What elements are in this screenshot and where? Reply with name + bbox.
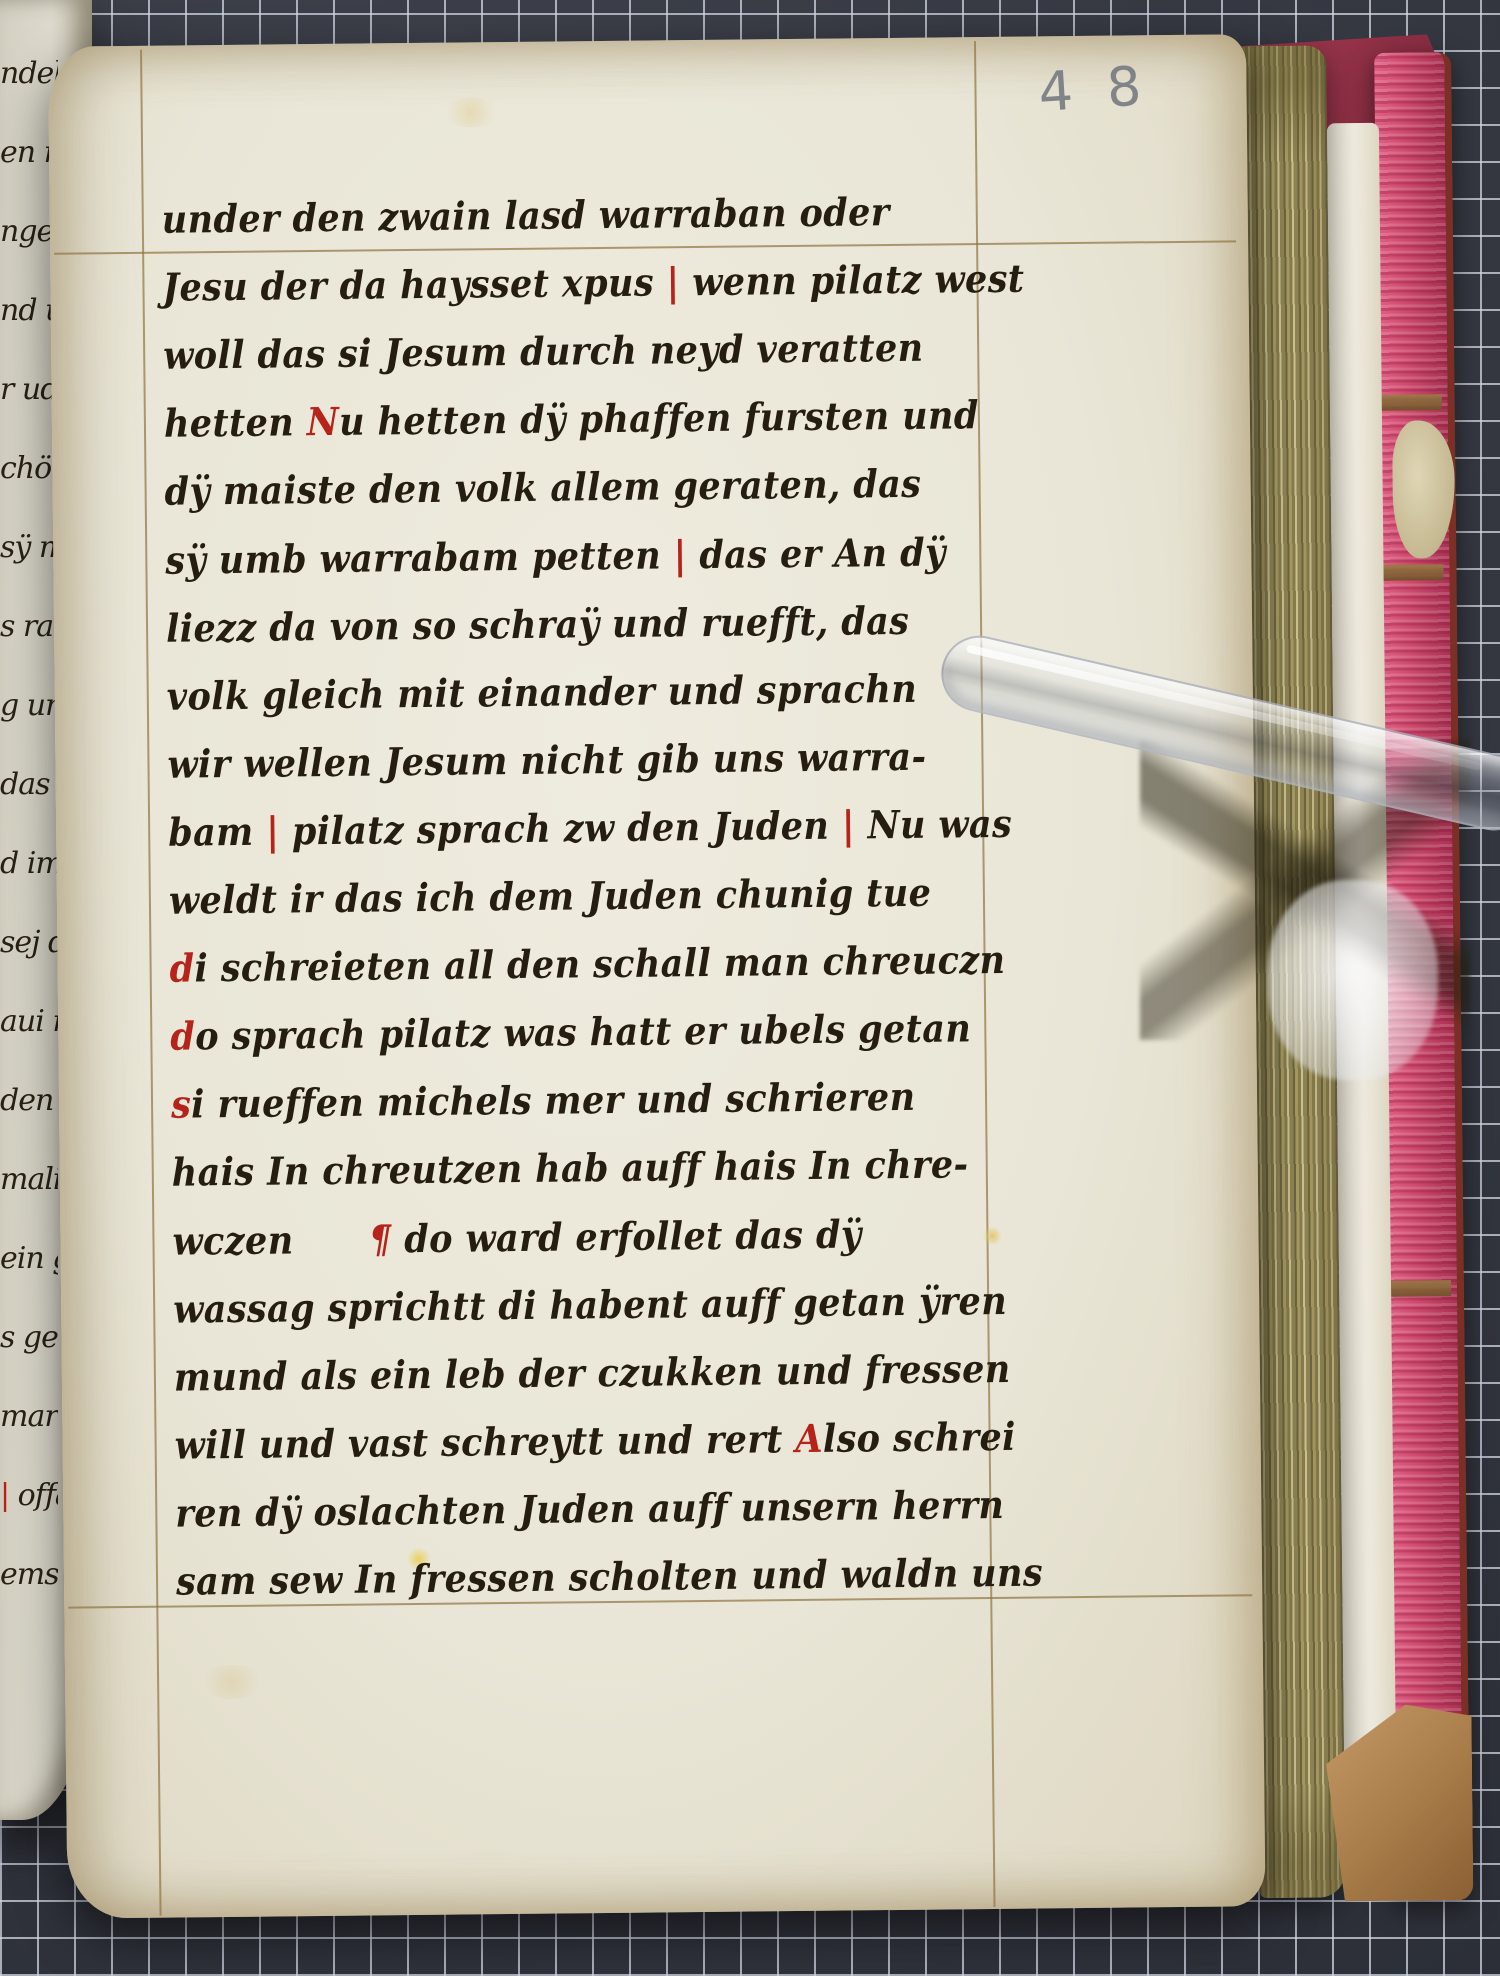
text-line: woll das si Jesum durch neyd veratten xyxy=(163,329,924,375)
text-segment: pilatz sprach zw den Juden xyxy=(279,803,842,854)
text-line: wczen ¶ do ward erfollet das dÿ xyxy=(172,1215,861,1261)
rubric-mark: | xyxy=(266,809,280,854)
text-segment: mund als ein leb der czukken und fressen xyxy=(174,1346,1011,1400)
text-line: weldt ir das ich dem Juden chunig tue xyxy=(169,874,932,920)
rubric-mark: ¶ xyxy=(369,1217,392,1262)
text-line: sÿ umb warrabam petten | das er An dÿ xyxy=(165,533,946,580)
text-segment: sÿ umb warrabam petten xyxy=(165,533,674,583)
rubric-mark: s xyxy=(171,1083,192,1128)
text-line: volk gleich mit einander und sprachn xyxy=(167,670,918,716)
text-segment: wir wellen Jesum nicht gib uns warra- xyxy=(167,734,926,787)
rubric-mark: | xyxy=(666,260,680,305)
rubric-mark: | xyxy=(842,803,856,848)
text-segment: hetten xyxy=(164,400,307,447)
text-segment: sam sew In fressen scholten und waldn un… xyxy=(176,1550,1043,1604)
text-segment: wczen xyxy=(172,1217,369,1264)
text-segment: liezz da von so schraÿ und ruefft, das xyxy=(166,598,910,651)
text-line: wassag sprichtt di habent auff getan ÿre… xyxy=(173,1282,1007,1329)
text-segment: do ward erfollet das dÿ xyxy=(391,1212,861,1262)
rubric-mark: d xyxy=(170,1014,195,1059)
text-line: dÿ maiste den volk allem geraten, das xyxy=(164,465,921,511)
rubric-mark: | xyxy=(673,533,687,578)
text-line: ren dÿ oslachten Juden auff unsern herrn xyxy=(175,1486,1004,1533)
text-line: wir wellen Jesum nicht gib uns warra- xyxy=(167,738,926,784)
text-segment: Jesu der da haysset xpus xyxy=(162,260,666,310)
text-line: hetten Nu hetten dÿ phaffen fursten und xyxy=(164,397,979,444)
text-segment: hais In chreutzen hab auff hais In chre- xyxy=(172,1143,969,1196)
text-line: mund als ein leb der czukken und fressen xyxy=(174,1350,1011,1397)
text-segment: u hetten dÿ phaffen fursten und xyxy=(339,393,979,445)
text-segment: will und vast schreytt und rert xyxy=(174,1417,795,1469)
text-segment: das er An dÿ xyxy=(687,530,946,578)
text-segment: ren dÿ oslachten Juden auff unsern herrn xyxy=(175,1483,1004,1537)
rubric-mark: d xyxy=(169,946,194,991)
text-segment: i rueffen michels mer und schrieren xyxy=(191,1075,916,1128)
text-line: bam | pilatz sprach zw den Juden | Nu wa… xyxy=(168,805,1012,852)
text-segment: woll das si Jesum durch neyd veratten xyxy=(163,326,924,379)
text-segment: o sprach pilatz was hatt er ubels getan xyxy=(195,1006,971,1059)
text-segment: i schreieten all den schall man chreuczn xyxy=(194,938,1005,992)
text-line: sam sew In fressen scholten und waldn un… xyxy=(176,1554,1043,1602)
text-segment: Nu was xyxy=(855,802,1013,849)
text-line: liezz da von so schraÿ und ruefft, das xyxy=(166,602,910,648)
rubric-mark: A xyxy=(795,1416,823,1461)
binding-strap xyxy=(1376,394,1442,411)
text-segment: dÿ maiste den volk allem geraten, das xyxy=(164,462,921,515)
text-segment: weldt ir das ich dem Juden chunig tue xyxy=(169,871,932,924)
text-line: si rueffen michels mer und schrieren xyxy=(171,1078,916,1124)
folio-number: 48 xyxy=(1037,57,1177,119)
text-block: under den zwain lasd warraban oderJesu d… xyxy=(0,0,1489,7)
text-segment: lso schrei xyxy=(823,1414,1016,1461)
text-line: Jesu der da haysset xpus | wenn pilatz w… xyxy=(162,260,1024,308)
text-line: di schreieten all den schall man chreucz… xyxy=(169,941,1005,988)
photo-of-manuscript: ndelen redngelnd ur udechömesÿ ms rakg u… xyxy=(0,0,1500,1976)
text-line: will und vast schreytt und rert Also sch… xyxy=(174,1418,1016,1465)
text-segment: wenn pilatz west xyxy=(679,257,1024,306)
text-line: under den zwain lasd warraban oder xyxy=(162,193,890,239)
binding-strap xyxy=(1385,1280,1451,1297)
text-line: do sprach pilatz was hatt er ubels getan xyxy=(170,1010,971,1057)
text-segment: wassag sprichtt di habent auff getan ÿre… xyxy=(173,1278,1007,1332)
text-segment: under den zwain lasd warraban oder xyxy=(162,190,890,243)
text-segment: volk gleich mit einander und sprachn xyxy=(167,666,918,719)
binding-strap xyxy=(1377,564,1443,581)
text-line: hais In chreutzen hab auff hais In chre- xyxy=(172,1146,969,1193)
plastic-clip-lower xyxy=(1268,880,1438,1080)
text-segment: bam xyxy=(168,809,266,855)
rubric-mark: N xyxy=(306,400,339,445)
